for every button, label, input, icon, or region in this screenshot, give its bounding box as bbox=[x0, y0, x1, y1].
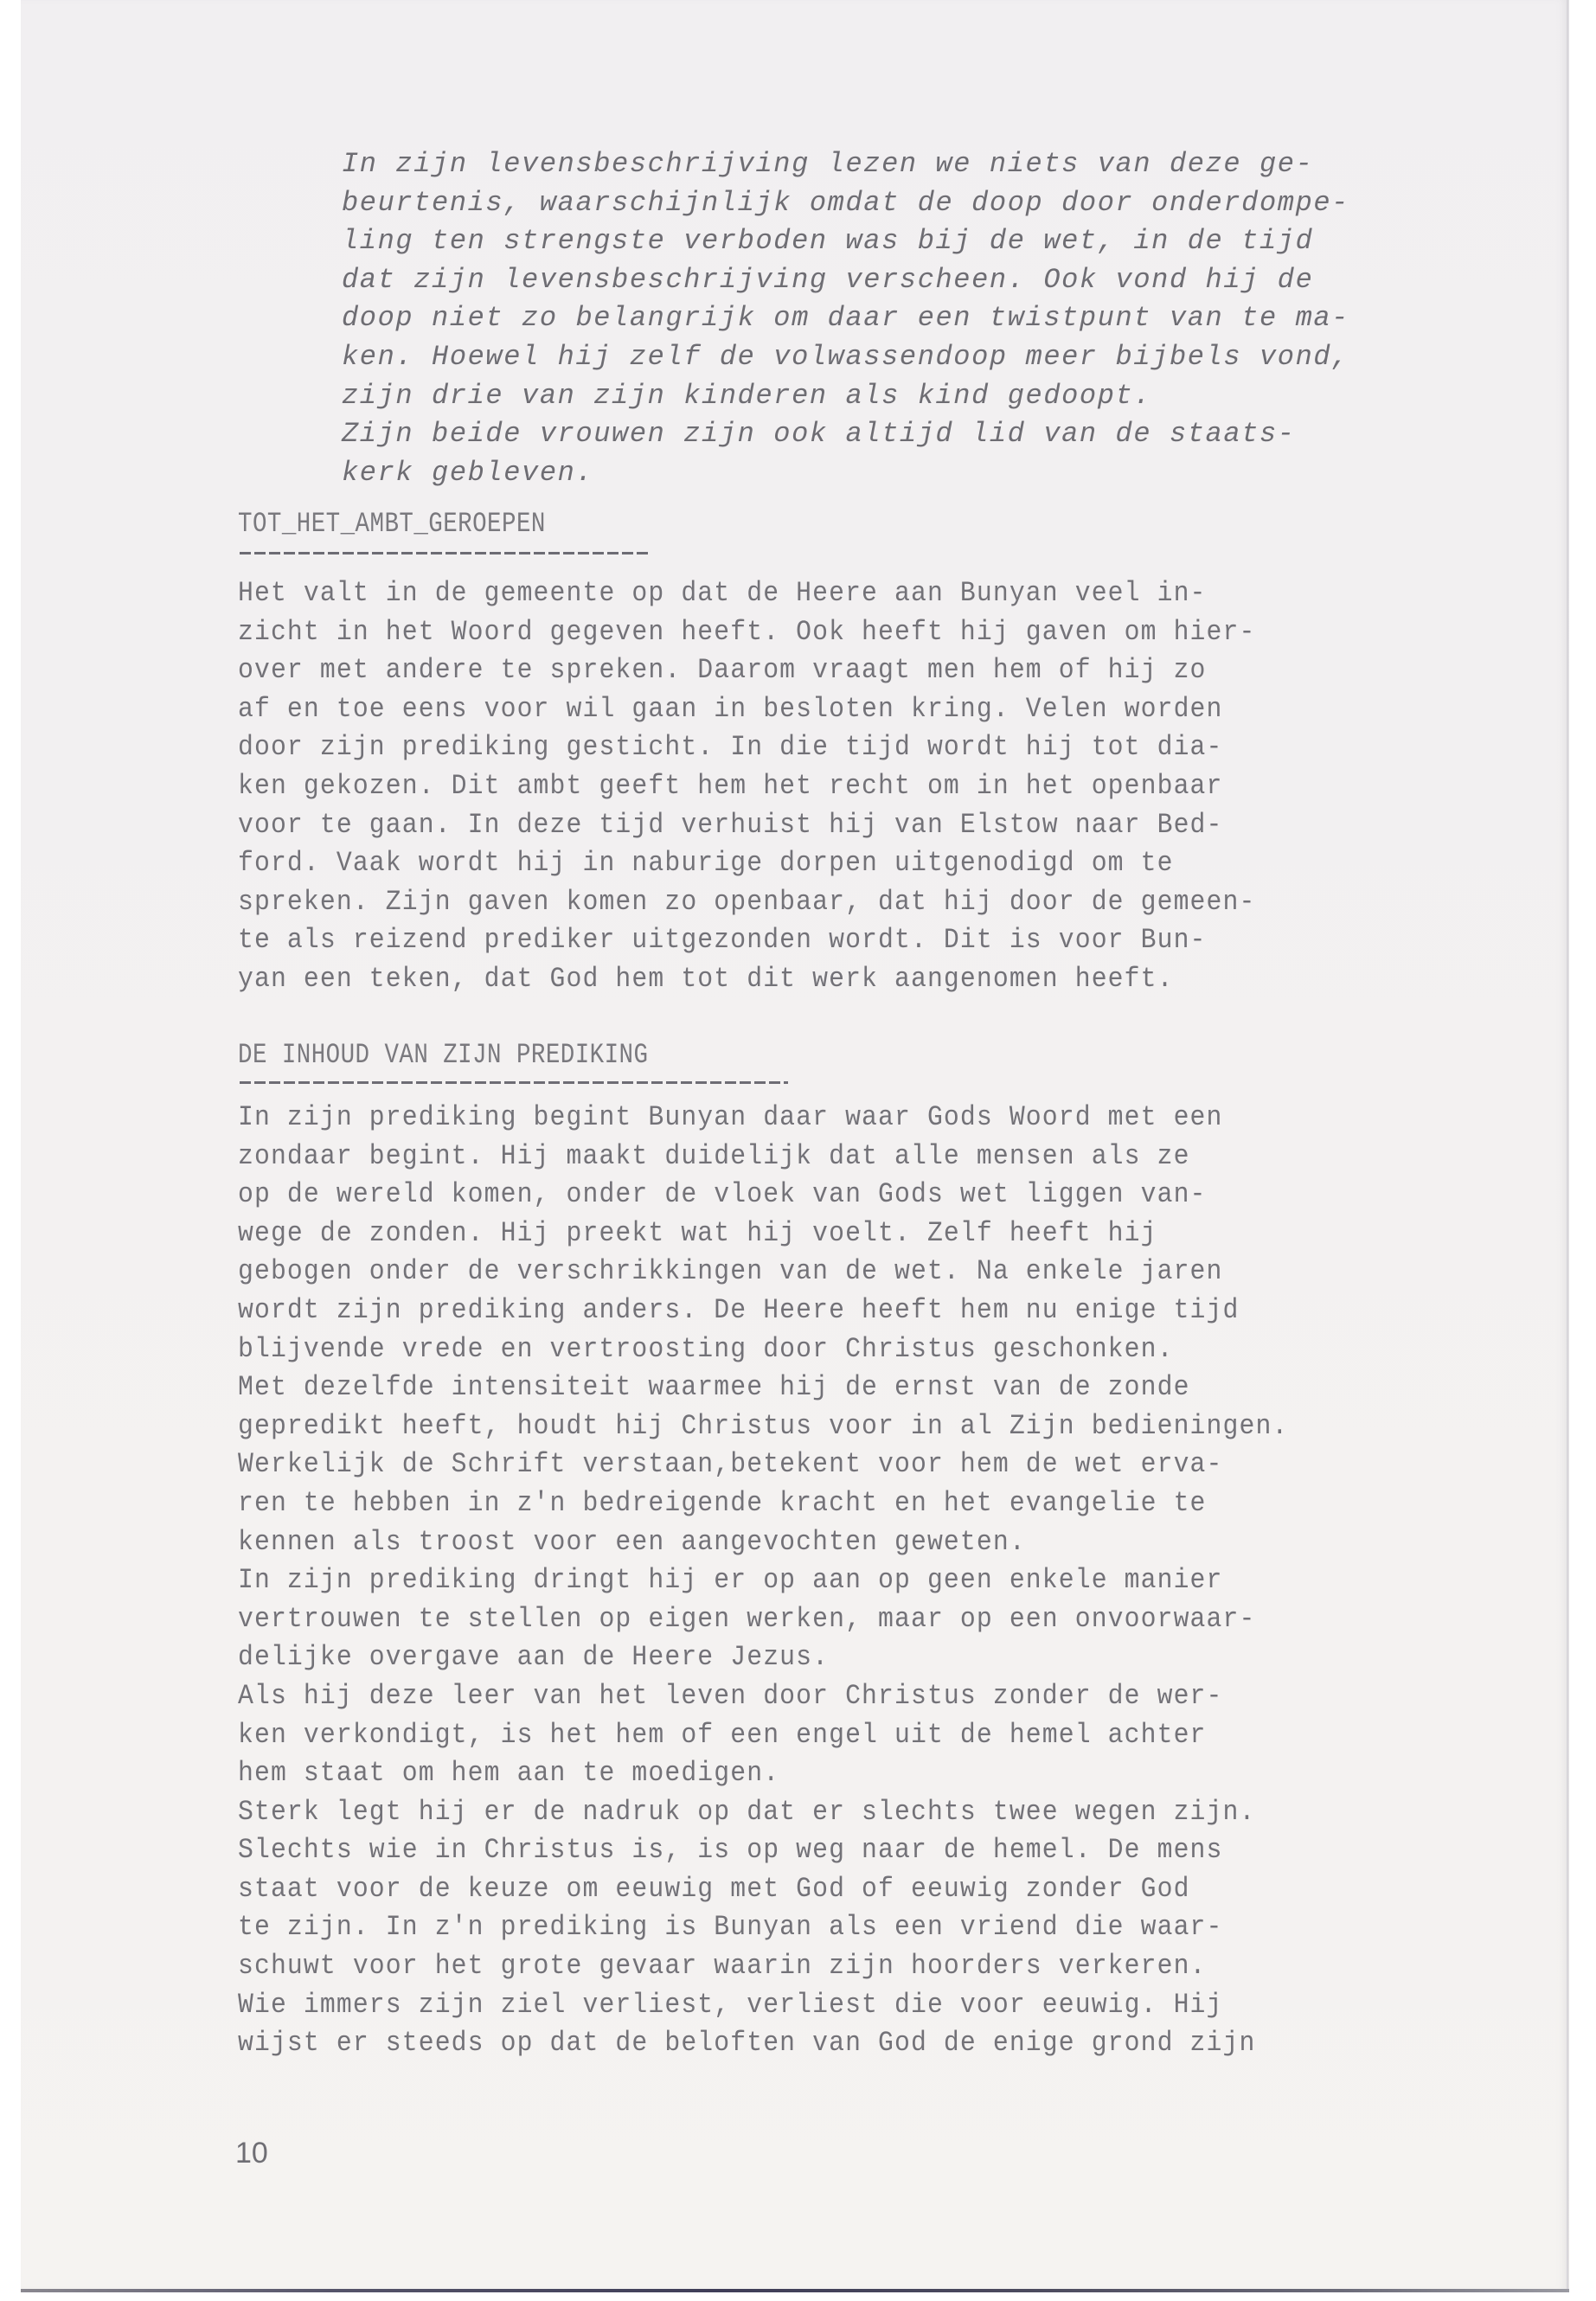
text-line: te als reizend prediker uitgezonden word… bbox=[238, 921, 1255, 960]
text-line: te zijn. In z'n prediking is Bunyan als … bbox=[238, 1908, 1288, 1947]
text-line: af en toe eens voor wil gaan in besloten… bbox=[238, 690, 1255, 729]
text-line: Zijn beide vrouwen zijn ook altijd lid v… bbox=[342, 415, 1349, 454]
text-line: over met andere te spreken. Daarom vraag… bbox=[238, 651, 1255, 690]
text-line: delijke overgave aan de Heere Jezus. bbox=[238, 1638, 1288, 1677]
page-right-edge bbox=[1567, 0, 1568, 2292]
text-line: Het valt in de gemeente op dat de Heere … bbox=[238, 574, 1255, 613]
text-line: spreken. Zijn gaven komen zo openbaar, d… bbox=[238, 883, 1255, 922]
text-line: In zijn prediking begint Bunyan daar waa… bbox=[238, 1099, 1288, 1138]
text-line: ford. Vaak wordt hij in naburige dorpen … bbox=[238, 844, 1255, 883]
text-line: staat voor de keuze om eeuwig met God of… bbox=[238, 1870, 1288, 1909]
text-line: voor te gaan. In deze tijd verhuist hij … bbox=[238, 806, 1255, 845]
page-bottom-edge bbox=[21, 2289, 1569, 2292]
text-line: zicht in het Woord gegeven heeft. Ook he… bbox=[238, 613, 1255, 652]
text-line: Werkelijk de Schrift verstaan,betekent v… bbox=[238, 1445, 1288, 1484]
text-line: vertrouwen te stellen op eigen werken, m… bbox=[238, 1600, 1288, 1639]
intro-paragraph: In zijn levensbeschrijving lezen we niet… bbox=[342, 145, 1349, 492]
text-line: In zijn prediking dringt hij er op aan o… bbox=[238, 1561, 1288, 1600]
text-line: ren te hebben in z'n bedreigende kracht … bbox=[238, 1484, 1288, 1523]
text-line: zondaar begint. Hij maakt duidelijk dat … bbox=[238, 1138, 1288, 1176]
text-line: schuwt voor het grote gevaar waarin zijn… bbox=[238, 1947, 1288, 1986]
text-line: wege de zonden. Hij preekt wat hij voelt… bbox=[238, 1215, 1288, 1253]
text-line: ling ten strengste verboden was bij de w… bbox=[342, 222, 1349, 261]
text-line: yan een teken, dat God hem tot dit werk … bbox=[238, 960, 1255, 999]
text-line: kerk gebleven. bbox=[342, 454, 1349, 493]
text-line: In zijn levensbeschrijving lezen we niet… bbox=[342, 145, 1349, 184]
text-line: ken. Hoewel hij zelf de volwassendoop me… bbox=[342, 338, 1349, 377]
heading-underline-prediking bbox=[240, 1081, 788, 1084]
text-line: beurtenis, waarschijnlijk omdat de doop … bbox=[342, 184, 1349, 223]
section-body-ambt: Het valt in de gemeente op dat de Heere … bbox=[238, 574, 1332, 999]
text-line: gebogen onder de verschrikkingen van de … bbox=[238, 1253, 1288, 1292]
text-line: door zijn prediking gesticht. In die tij… bbox=[238, 728, 1255, 767]
text-line: doop niet zo belangrijk om daar een twis… bbox=[342, 299, 1349, 338]
text-line: zijn drie van zijn kinderen als kind ged… bbox=[342, 377, 1349, 416]
text-line: Als hij deze leer van het leven door Chr… bbox=[238, 1677, 1288, 1716]
text-line: Wie immers zijn ziel verliest, verliest … bbox=[238, 1986, 1288, 2025]
text-line: Sterk legt hij er de nadruk op dat er sl… bbox=[238, 1793, 1288, 1832]
text-line: wordt zijn prediking anders. De Heere he… bbox=[238, 1292, 1288, 1330]
text-line: Slechts wie in Christus is, is op weg na… bbox=[238, 1831, 1288, 1870]
text-line: hem staat om hem aan te moedigen. bbox=[238, 1754, 1288, 1793]
heading-underline-ambt bbox=[240, 552, 650, 554]
text-line: wijst er steeds op dat de beloften van G… bbox=[238, 2024, 1288, 2063]
section-heading-prediking: DE INHOUD VAN ZIJN PREDIKING bbox=[238, 1038, 648, 1073]
page-number: 10 bbox=[235, 2137, 268, 2170]
text-line: ken gekozen. Dit ambt geeft hem het rech… bbox=[238, 767, 1255, 806]
text-line: dat zijn levensbeschrijving verscheen. O… bbox=[342, 261, 1349, 300]
text-line: blijvende vrede en vertroosting door Chr… bbox=[238, 1330, 1288, 1369]
section-body-prediking: In zijn prediking begint Bunyan daar waa… bbox=[238, 1099, 1368, 2063]
text-line: Met dezelfde intensiteit waarmee hij de … bbox=[238, 1368, 1288, 1407]
text-line: ken verkondigt, is het hem of een engel … bbox=[238, 1716, 1288, 1755]
text-line: kennen als troost voor een aangevochten … bbox=[238, 1523, 1288, 1562]
text-line: op de wereld komen, onder de vloek van G… bbox=[238, 1176, 1288, 1215]
section-heading-ambt: TOT_HET_AMBT_GEROEPEN bbox=[238, 507, 546, 542]
text-line: gepredikt heeft, houdt hij Christus voor… bbox=[238, 1407, 1288, 1446]
